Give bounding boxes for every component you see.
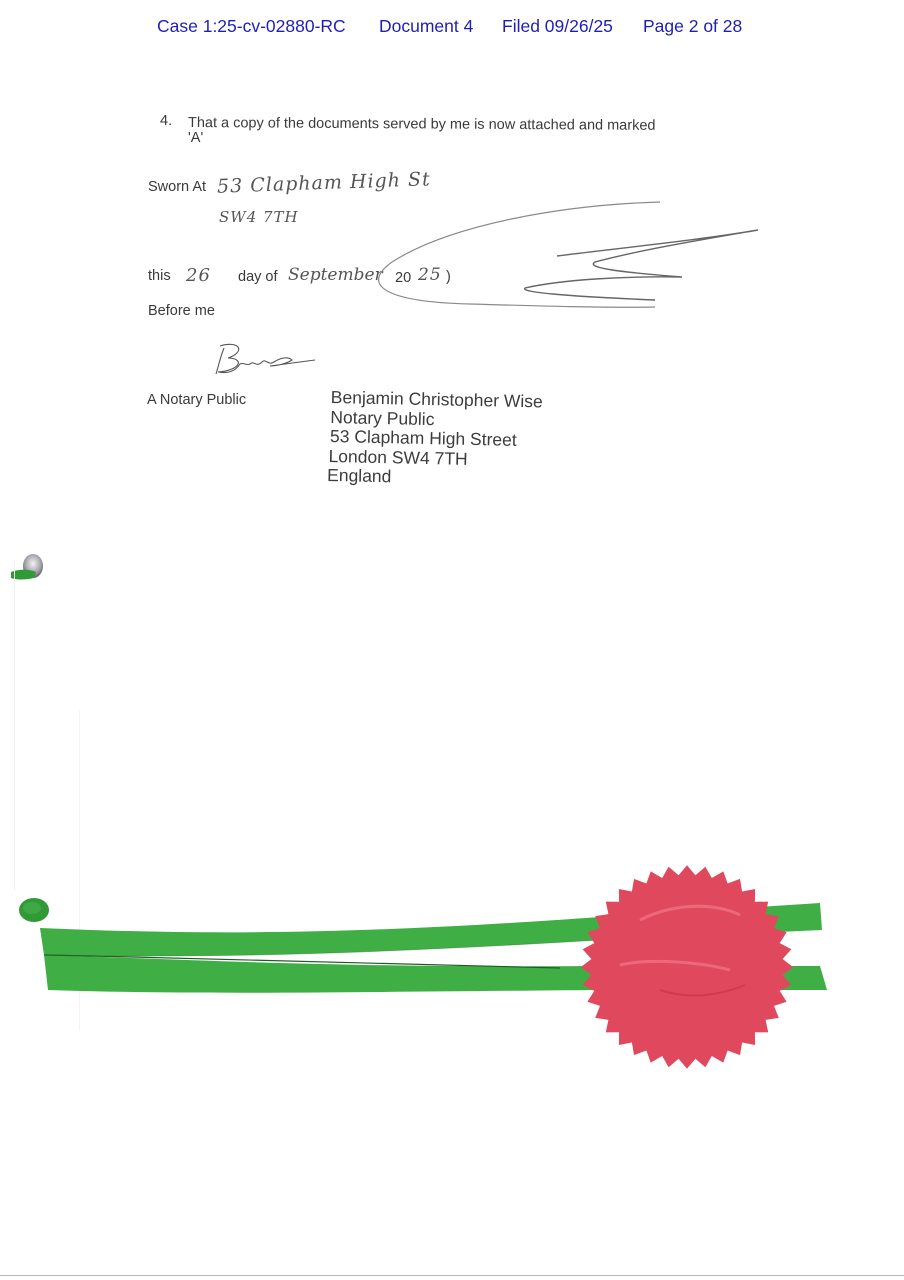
- page-edge: [0, 1275, 904, 1276]
- ribbon-and-seal: [0, 0, 904, 1280]
- notary-seal-icon: [581, 865, 793, 1069]
